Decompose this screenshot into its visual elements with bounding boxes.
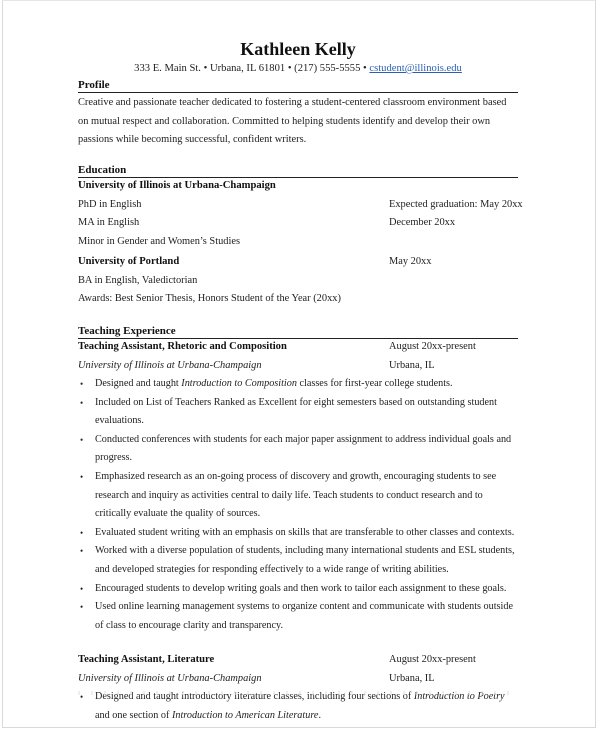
job-org: University of Illinois at Urbana-Champai… xyxy=(78,357,262,376)
school-name-row: University of Illinois at Urbana-Champai… xyxy=(78,177,518,196)
bullet-icon: • xyxy=(80,524,83,543)
degree: Minor in Gender and Women’s Studies xyxy=(78,233,240,252)
job-dates: August 20xx-present xyxy=(389,651,476,670)
bullet-icon: • xyxy=(80,431,83,450)
job-title-row: Teaching Assistant, Literature August 20… xyxy=(78,651,518,670)
bullet-item: •Used online learning management systems… xyxy=(78,598,518,635)
profile-text: Creative and passionate teacher dedicate… xyxy=(78,94,518,150)
school-name: University of Illinois at Urbana-Champai… xyxy=(78,177,276,196)
education-section: Education University of Illinois at Urba… xyxy=(78,164,518,309)
bullet-icon: • xyxy=(80,468,83,487)
job-title: Teaching Assistant, Literature xyxy=(78,651,214,670)
profile-section: Profile Creative and passionate teacher … xyxy=(78,79,518,150)
job-org: University of Illinois at Urbana-Champai… xyxy=(78,670,262,689)
school-item: University of Portland May 20xx BA in En… xyxy=(78,253,518,309)
degree-row: PhD in English Expected graduation: May … xyxy=(78,196,518,215)
school-name-row: University of Portland May 20xx xyxy=(78,253,518,272)
bullet-icon: • xyxy=(80,394,83,413)
bullet-icon: • xyxy=(80,542,83,561)
school-name: University of Portland xyxy=(78,253,179,272)
degree-date: December 20xx xyxy=(389,214,455,233)
bullet-item: •Included on List of Teachers Ranked as … xyxy=(78,394,518,431)
degree: Awards: Best Senior Thesis, Honors Stude… xyxy=(78,290,341,309)
bullet-item: •Worked with a diverse population of stu… xyxy=(78,542,518,579)
degree: PhD in English xyxy=(78,196,142,215)
degree-row: BA in English, Valedictorian xyxy=(78,272,518,291)
contact-line: 333 E. Main St. • Urbana, IL 61801 • (21… xyxy=(78,62,518,75)
faded-text-line xyxy=(78,691,518,695)
job-org-row: University of Illinois at Urbana-Champai… xyxy=(78,357,518,376)
job-org-row: University of Illinois at Urbana-Champai… xyxy=(78,670,518,689)
job-title: Teaching Assistant, Rhetoric and Composi… xyxy=(78,338,287,357)
job-dates: August 20xx-present xyxy=(389,338,476,357)
bullet-item: •Designed and taught Introduction to Com… xyxy=(78,375,518,394)
bullet-item: •Evaluated student writing with an empha… xyxy=(78,524,518,543)
education-heading: Education xyxy=(78,164,518,178)
contact-address-phone: 333 E. Main St. • Urbana, IL 61801 • (21… xyxy=(134,63,369,74)
school-item: University of Illinois at Urbana-Champai… xyxy=(78,177,518,251)
bullet-icon: • xyxy=(80,375,83,394)
degree: BA in English, Valedictorian xyxy=(78,272,197,291)
bullet-item: •Conducted conferences with students for… xyxy=(78,431,518,468)
bullet-item: •Emphasized research as an on-going proc… xyxy=(78,468,518,524)
degree-row: Awards: Best Senior Thesis, Honors Stude… xyxy=(78,290,518,309)
resume-page: Kathleen Kelly 333 E. Main St. • Urbana,… xyxy=(2,0,596,728)
school-date: May 20xx xyxy=(389,253,431,272)
experience-heading: Teaching Experience xyxy=(78,325,518,339)
job-item: Teaching Assistant, Rhetoric and Composi… xyxy=(78,338,518,635)
degree-date: Expected graduation: May 20xx xyxy=(389,196,523,215)
bullet-icon: • xyxy=(80,580,83,599)
job-title-row: Teaching Assistant, Rhetoric and Composi… xyxy=(78,338,518,357)
email-link[interactable]: cstudent@illinois.edu xyxy=(369,63,461,74)
bullet-item: •Encouraged students to develop writing … xyxy=(78,580,518,599)
degree: MA in English xyxy=(78,214,139,233)
degree-row: Minor in Gender and Women’s Studies xyxy=(78,233,518,252)
bullet-icon: • xyxy=(80,598,83,617)
resume-name: Kathleen Kelly xyxy=(78,39,518,59)
degree-row: MA in English December 20xx xyxy=(78,214,518,233)
job-item: Teaching Assistant, Literature August 20… xyxy=(78,651,518,725)
job-bullets: •Designed and taught Introduction to Com… xyxy=(78,375,518,635)
job-location: Urbana, IL xyxy=(389,670,435,689)
experience-section: Teaching Experience Teaching Assistant, … xyxy=(78,325,518,726)
job-location: Urbana, IL xyxy=(389,357,435,376)
profile-heading: Profile xyxy=(78,79,518,93)
